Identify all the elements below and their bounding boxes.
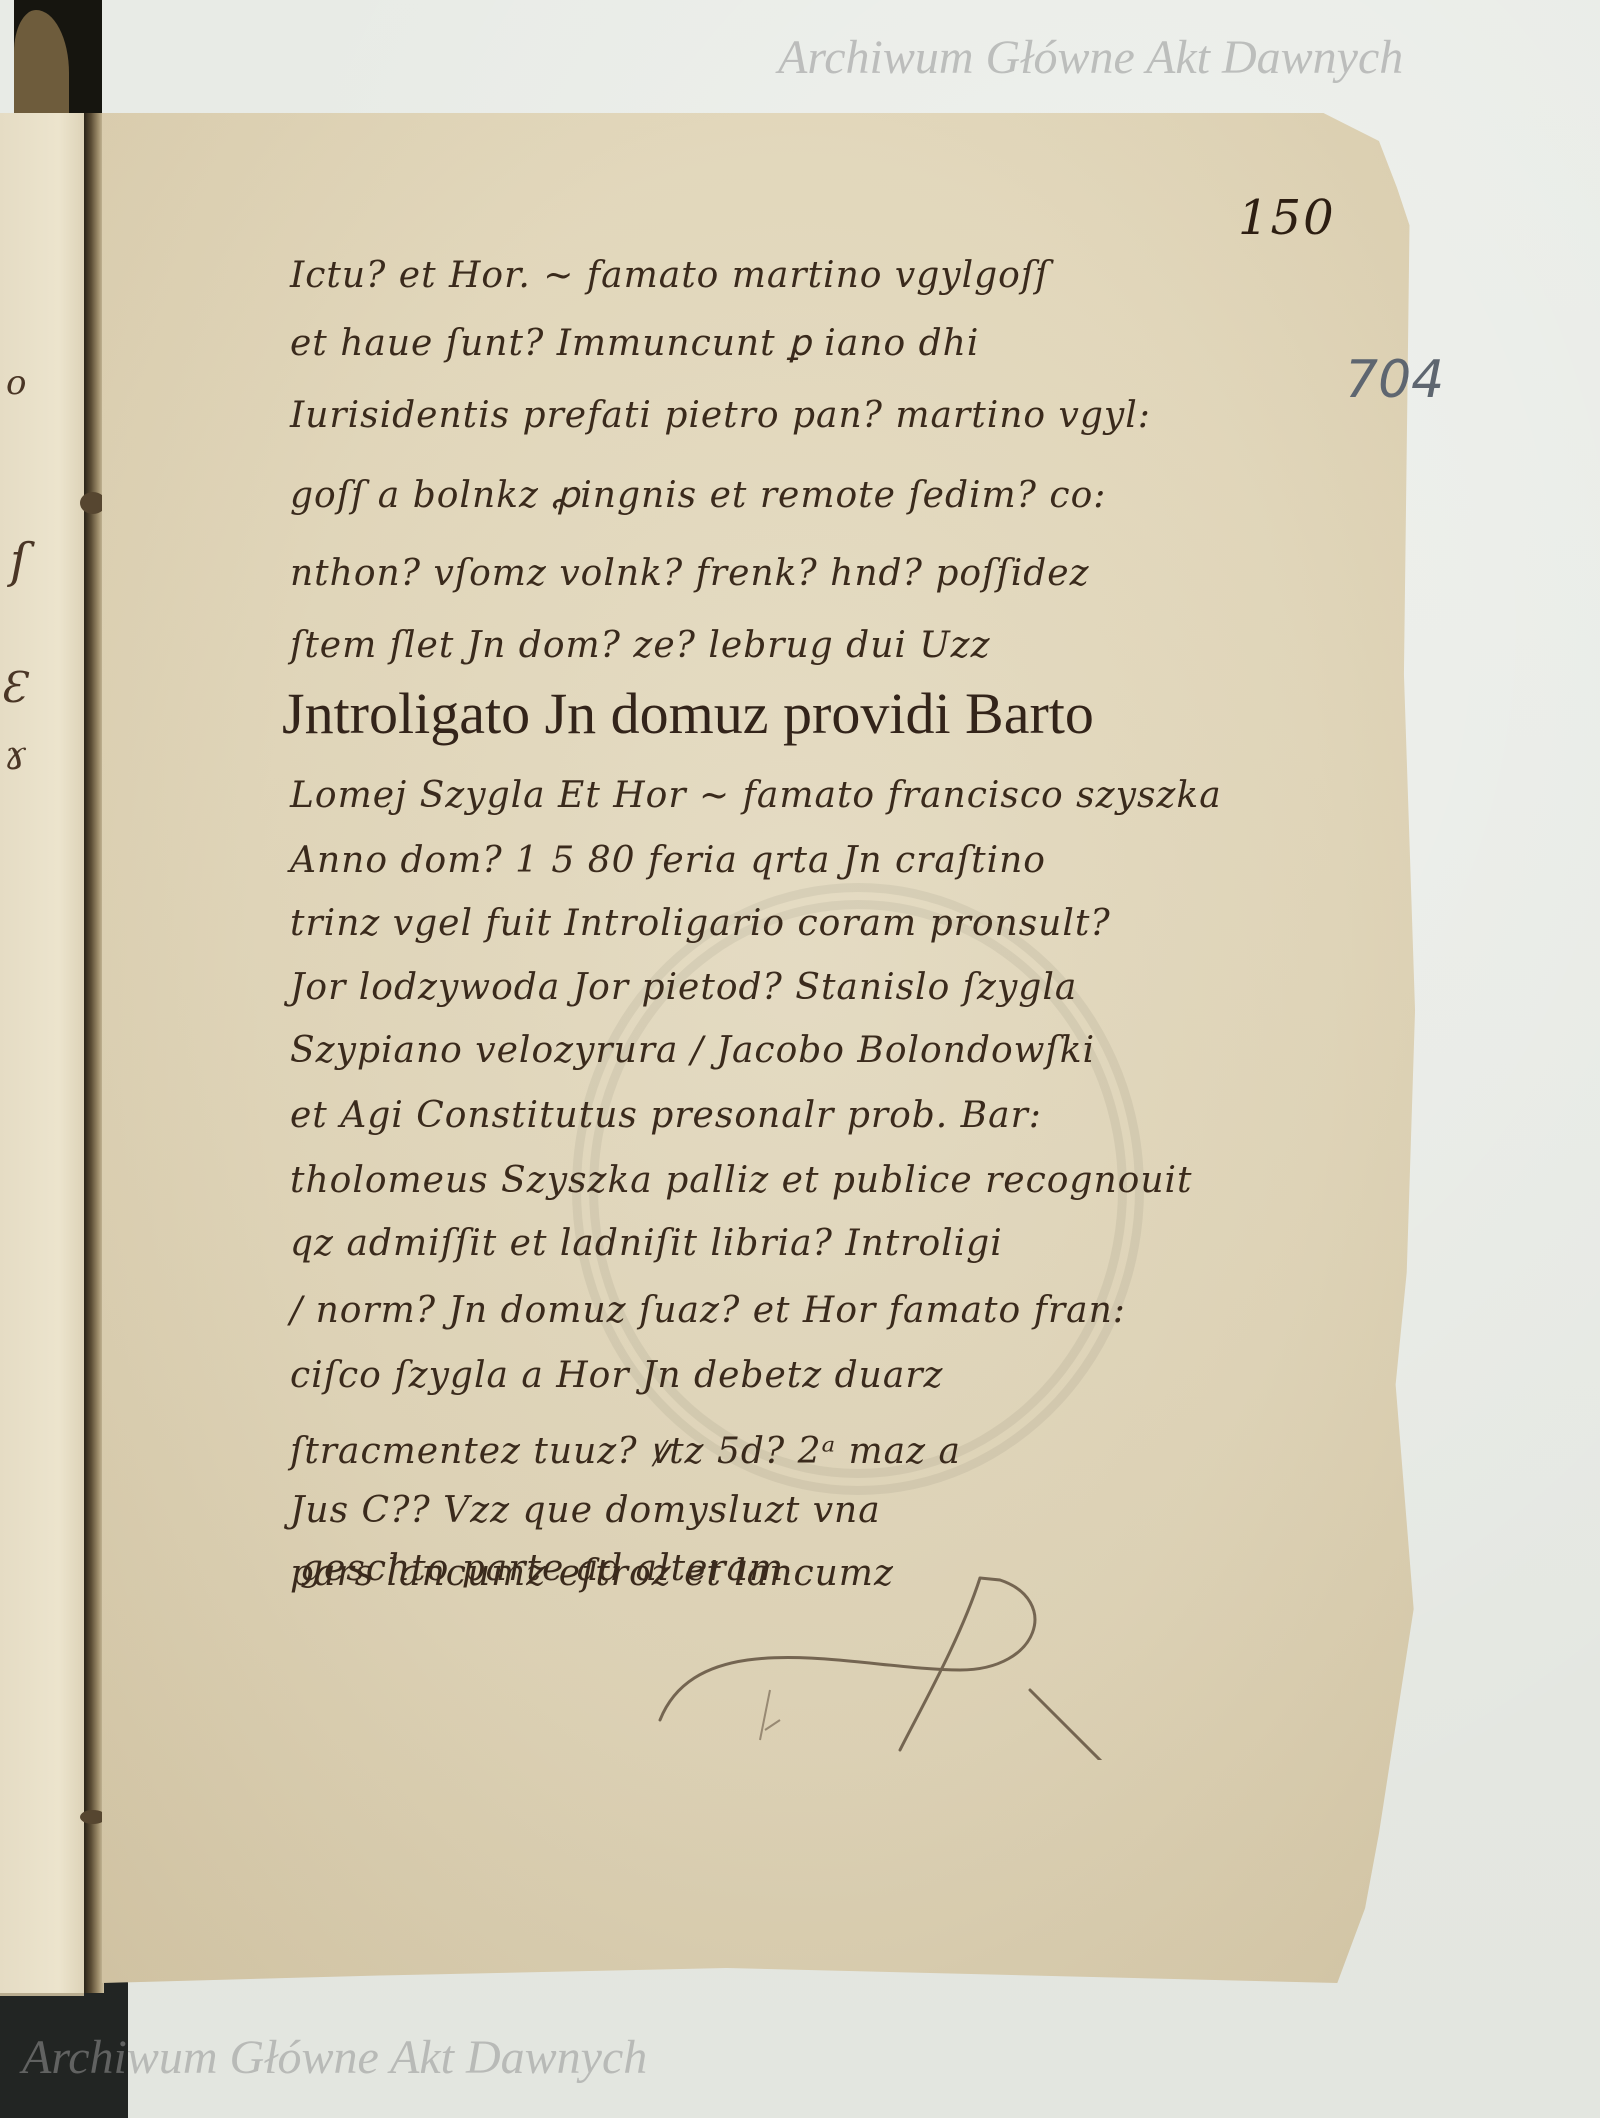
archive-watermark-top: Archiwum Główne Akt Dawnych [778, 30, 1403, 85]
ink-fragment: o [6, 363, 26, 403]
left-page-edge: o ſ Ɛ ɤ [0, 113, 84, 1996]
text-line: Jor lodzywoda Jor pietod? Stanislo ſzygl… [290, 967, 1077, 1008]
archive-watermark-bottom: Archiwum Główne Akt Dawnych [22, 2030, 647, 2085]
text-line: Lomej Szygla Et Hor ~ famato francisco s… [290, 775, 1222, 816]
text-line: Szypiano velozyrura / Jacobo Bolondowſki [290, 1030, 1095, 1071]
text-line: tholomeus Szyszka palliz et publice reco… [290, 1160, 1193, 1201]
ink-fragment: ſ [10, 533, 28, 589]
text-line: Anno dom? 1 5 80 feria qrta Jn craſtino [290, 840, 1046, 881]
text-line: Ictu? et Hor. ~ famato martino vgylgoſſ [290, 255, 1049, 296]
text-line: Iurisidentis prefati pietro pan? martino… [290, 395, 1151, 436]
text-line: goſſ a bolnkz ꝓingnis et remote ſedim? c… [290, 475, 1106, 516]
text-line: ſtem ſlet Jn dom? ze? lebrug dui Uzz [290, 625, 991, 666]
ink-fragment: ɤ [4, 733, 27, 779]
torn-paper-fragment [14, 10, 69, 115]
text-line: et haue ſunt? Immuncunt ꝑ iano dhi [290, 323, 979, 364]
ink-fragment: Ɛ [0, 663, 26, 712]
text-line: / norm? Jn domuz ſuaz? et Hor famato fra… [290, 1290, 1126, 1331]
text-line: Jus C?? Vzz que domysluzt vna [290, 1490, 881, 1531]
book-gutter [84, 113, 104, 1993]
binding-top-edge [14, 0, 102, 115]
text-line: ſtracmentez tuuz? ꝟtz 5d? 2ᵃ maz a [290, 1425, 961, 1474]
text-line: ciſco ſzygla a Hor Jn debetz duarz [290, 1355, 944, 1396]
text-line: qz admiſſit et ladniſit libria? Introlig… [290, 1223, 1003, 1264]
text-line: trinz vgel fuit Introligario coram prons… [290, 903, 1111, 944]
text-line-heading: Jntroligato Jn domuz providi Barto [282, 680, 1094, 747]
text-line: nthon? vſomz volnk? frenk? hnd? poſſidez [290, 553, 1090, 594]
archive-pencil-number: 704 [1345, 350, 1444, 410]
text-line: et Agi Constitutus presonalr prob. Bar: [290, 1095, 1042, 1136]
notarial-flourish [560, 1560, 1120, 1760]
folio-number: 150 [1238, 190, 1336, 246]
